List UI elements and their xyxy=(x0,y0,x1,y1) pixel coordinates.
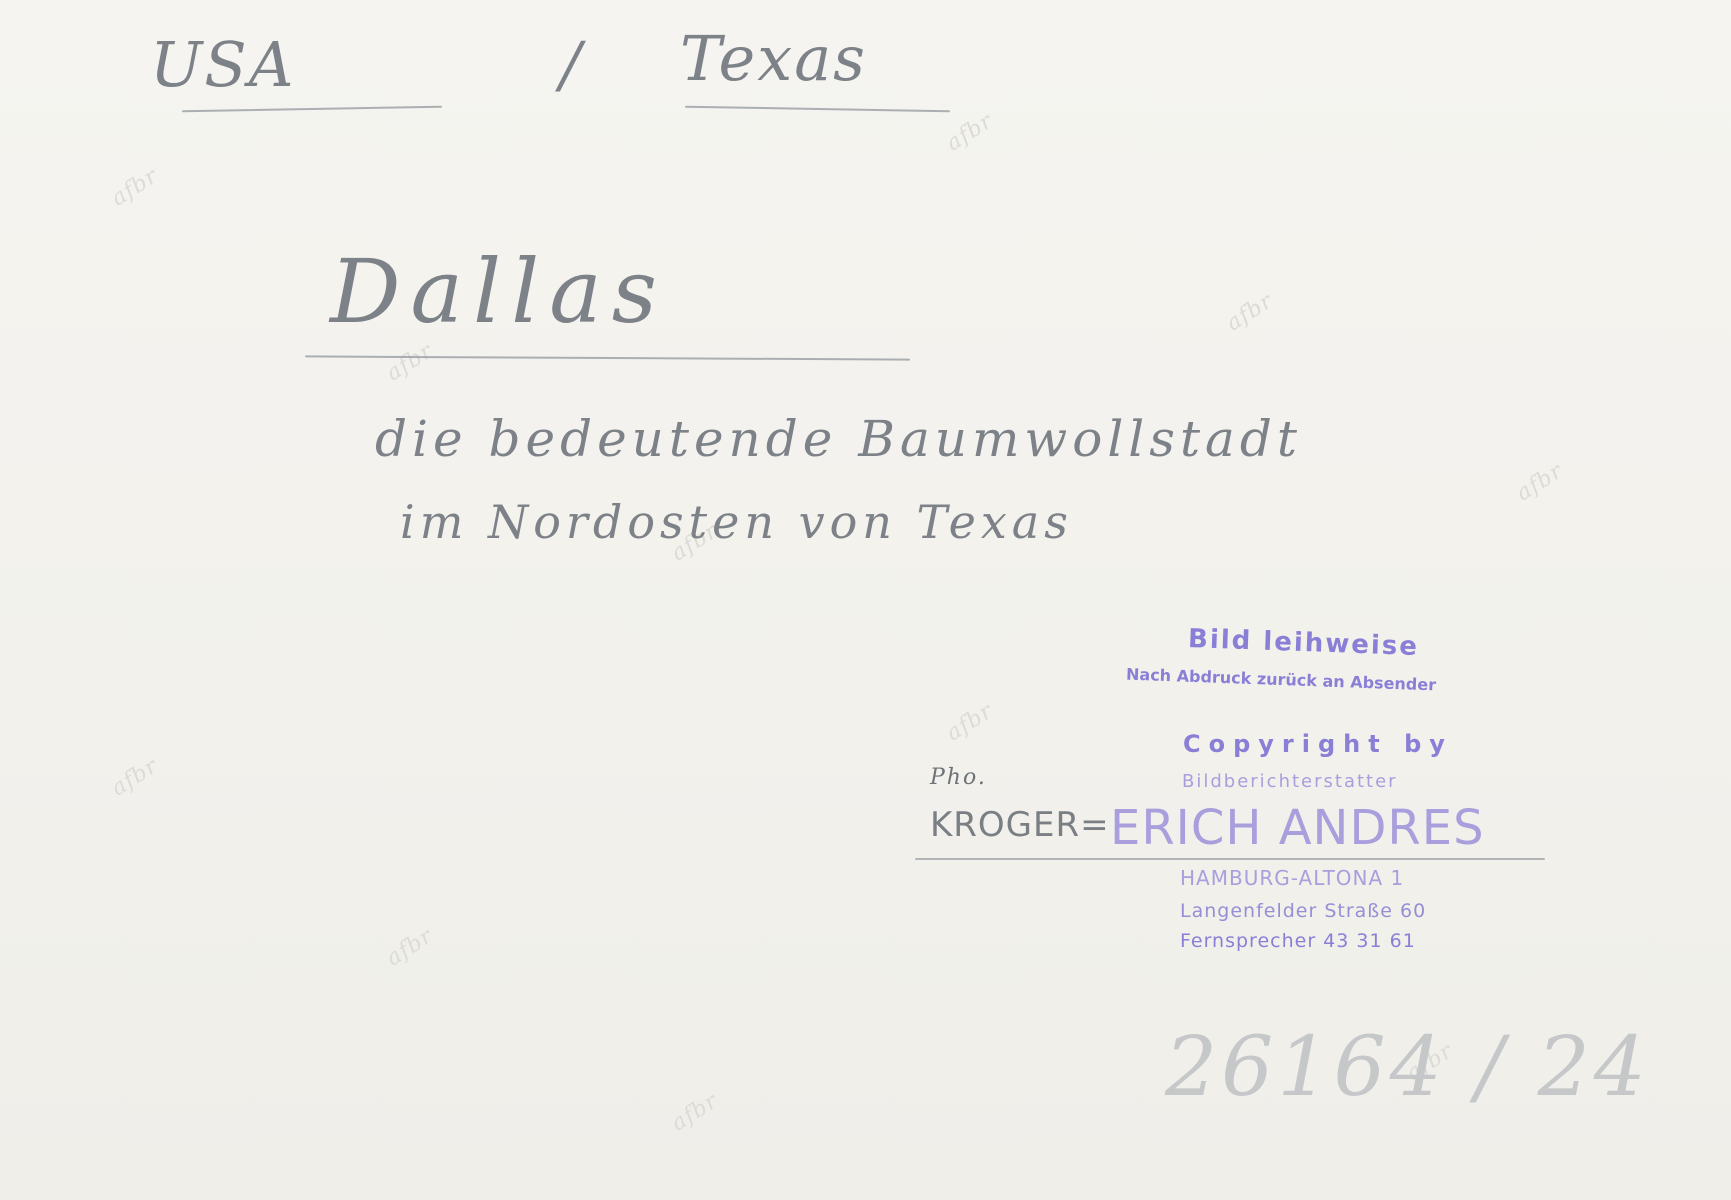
caption-line-1: die bedeutende Baumwollstadt xyxy=(375,410,1302,468)
stamp-phone: Fernsprecher 43 31 61 xyxy=(1180,930,1416,952)
archive-number: 26164 / 24 xyxy=(1165,1020,1650,1115)
heading-underline xyxy=(685,106,950,113)
watermark: afbr xyxy=(107,754,163,802)
handwritten-photographer-prefix: KROGER= xyxy=(930,805,1110,845)
stamp-loan-notice: Bild leihweise xyxy=(1188,624,1420,662)
watermark: afbr xyxy=(382,339,438,387)
watermark: afbr xyxy=(1222,289,1278,337)
watermark: afbr xyxy=(382,924,438,972)
watermark: afbr xyxy=(667,1089,723,1137)
stamp-photojournalist: Bildberichterstatter xyxy=(1182,771,1398,792)
title: Dallas xyxy=(330,240,667,343)
heading-state: Texas xyxy=(680,22,867,95)
heading-country: USA xyxy=(150,28,296,101)
watermark: afbr xyxy=(1512,459,1568,507)
heading-separator: / xyxy=(560,28,583,101)
signature-underline xyxy=(915,858,1545,860)
caption-line-2: im Nordosten von Texas xyxy=(400,495,1073,549)
heading-underline xyxy=(182,106,442,113)
stamp-address-city: HAMBURG-ALTONA 1 xyxy=(1180,866,1404,890)
watermark: afbr xyxy=(942,699,998,747)
handwritten-note: Pho. xyxy=(930,765,987,790)
watermark: afbr xyxy=(107,164,163,212)
stamp-address-street: Langenfelder Straße 60 xyxy=(1180,900,1426,922)
watermark: afbr xyxy=(942,109,998,157)
stamp-photographer-name: ERICH ANDRES xyxy=(1110,800,1485,856)
stamp-return-notice: Nach Abdruck zurück an Absender xyxy=(1126,665,1437,695)
stamp-copyright: Copyright by xyxy=(1183,730,1453,758)
photo-back-page: afbr afbr afbr afbr afbr afbr afbr afbr … xyxy=(0,0,1731,1200)
